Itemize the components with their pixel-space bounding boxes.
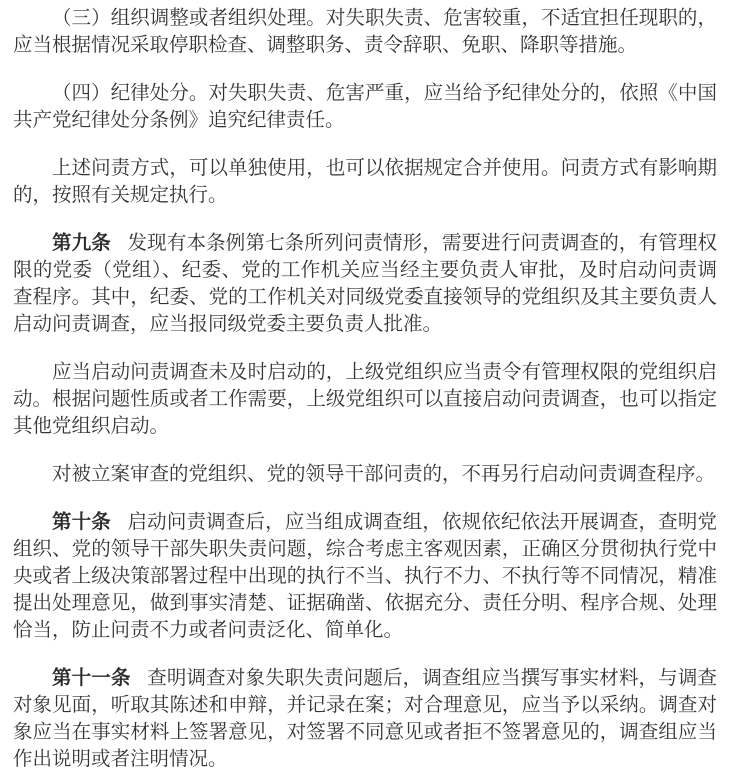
para-text: 应当启动问责调查未及时启动的，上级党组织应当责令有管理权限的党组织启动。根据问题… — [13, 361, 717, 437]
para-article-10: 第十条启动问责调查后，应当组成调查组，依规依纪依法开展调查，查明党组织、党的领导… — [13, 509, 717, 644]
para-clause-4: （四）纪律处分。对失职失责、危害严重，应当给予纪律处分的，依照《中国共产党纪律处… — [13, 80, 717, 134]
para-article-11: 第十一条查明调查对象失职失责问题后，调查组应当撰写事实材料，与调查对象见面，听取… — [13, 665, 717, 773]
para-investigation-start: 应当启动问责调查未及时启动的，上级党组织应当责令有管理权限的党组织启动。根据问题… — [13, 359, 717, 440]
para-article-9: 第九条发现有本条例第七条所列问责情形，需要进行问责调查的，有管理权限的党委（党组… — [13, 230, 717, 338]
para-text: 上述问责方式，可以单独使用，也可以依据规定合并使用。问责方式有影响期的，按照有关… — [13, 157, 717, 206]
para-text: （三）组织调整或者组织处理。对失职失责、危害较重，不适宜担任现职的，应当根据情况… — [13, 7, 717, 56]
para-text: 对被立案审查的党组织、党的领导干部问责的，不再另行启动问责调查程序。 — [52, 463, 715, 485]
para-text: 启动问责调查后，应当组成调查组，依规依纪依法开展调查，查明党组织、党的领导干部失… — [13, 511, 717, 641]
para-case-review: 对被立案审查的党组织、党的领导干部问责的，不再另行启动问责调查程序。 — [13, 461, 717, 488]
article-9-label: 第九条 — [52, 232, 111, 254]
article-11-label: 第十一条 — [52, 667, 131, 689]
para-text: 发现有本条例第七条所列问责情形，需要进行问责调查的，有管理权限的党委（党组）、纪… — [13, 232, 717, 335]
para-accountability-methods: 上述问责方式，可以单独使用，也可以依据规定合并使用。问责方式有影响期的，按照有关… — [13, 155, 717, 209]
document-page: （三）组织调整或者组织处理。对失职失责、危害较重，不适宜担任现职的，应当根据情况… — [0, 0, 731, 773]
para-text: （四）纪律处分。对失职失责、危害严重，应当给予纪律处分的，依照《中国共产党纪律处… — [13, 82, 717, 131]
para-clause-3: （三）组织调整或者组织处理。对失职失责、危害较重，不适宜担任现职的，应当根据情况… — [13, 5, 717, 59]
article-10-label: 第十条 — [52, 511, 111, 533]
